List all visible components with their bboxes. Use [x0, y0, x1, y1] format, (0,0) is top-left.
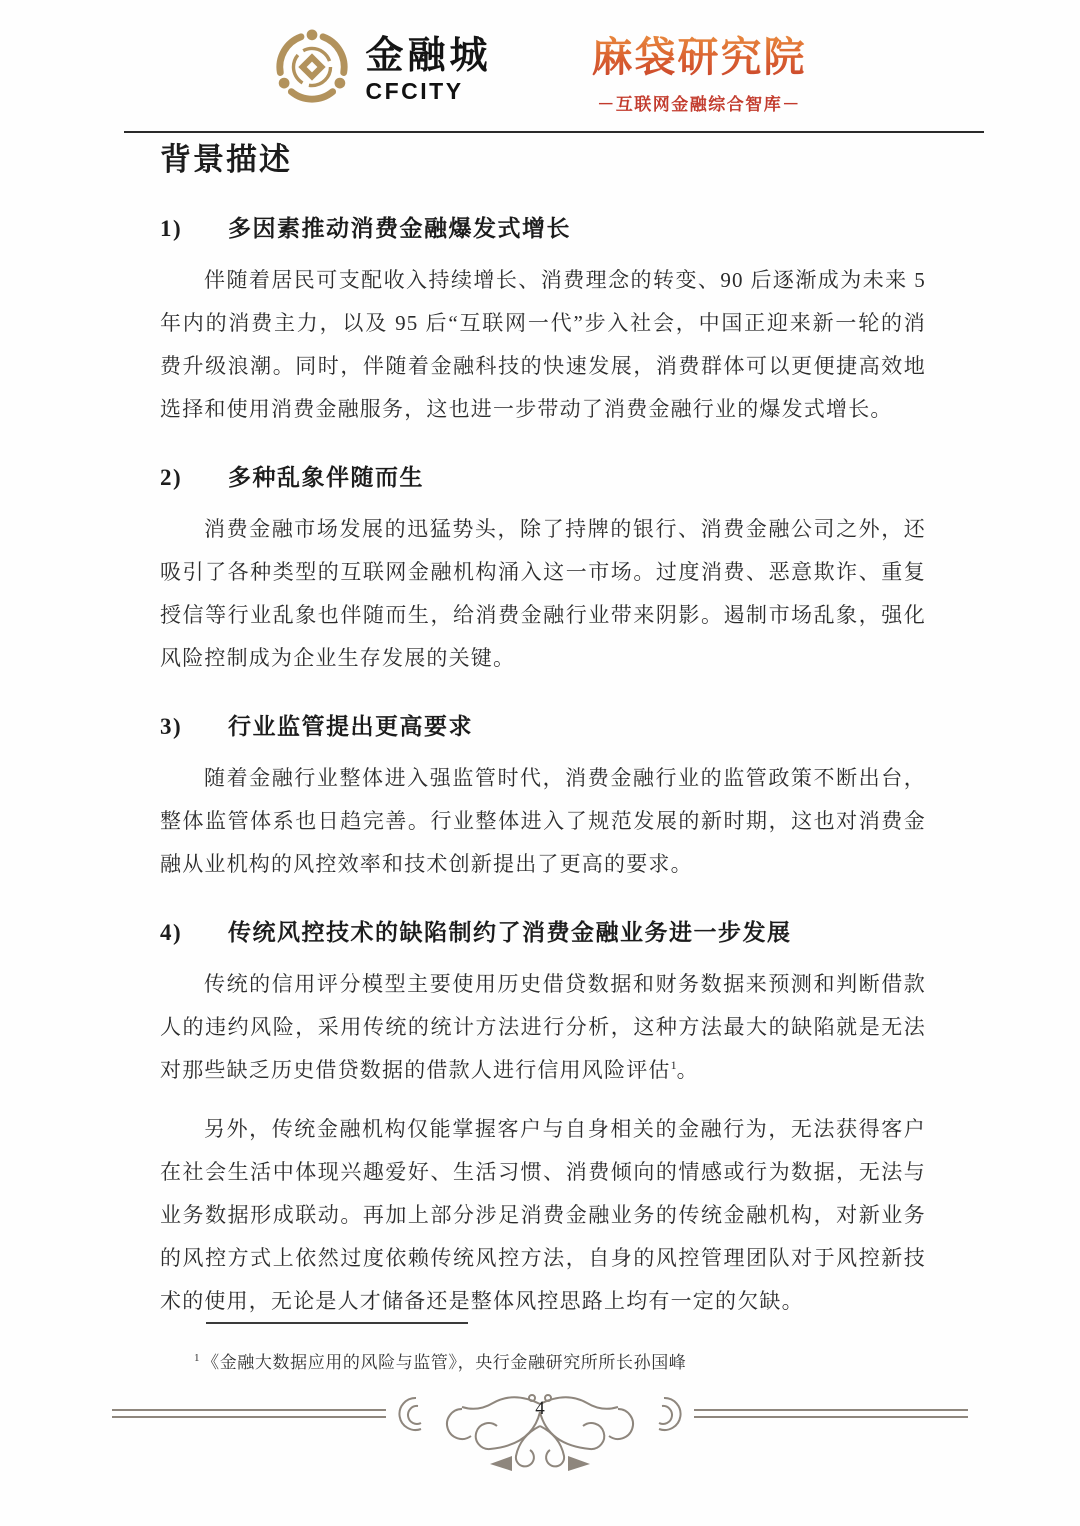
header-divider [124, 131, 984, 133]
gold-emblem-icon [273, 28, 351, 111]
footnote-block: 1《金融大数据应用的风险与监管》，央行金融研究所所长孙国峰 [160, 1322, 926, 1373]
page-title: 背景描述 [160, 138, 926, 182]
section-heading: 2)多种乱象伴随而生 [160, 459, 926, 492]
section-number: 3) [160, 714, 228, 740]
document-page: 金融城 CFCITY 麻袋研究院 －互联网金融综合智库－ 背景描述 1)多因素推… [0, 0, 1080, 1526]
section-number: 2) [160, 465, 228, 491]
section-title: 传统风控技术的缺陷制约了消费金融业务进一步发展 [228, 914, 792, 947]
section-number: 1) [160, 216, 228, 242]
footnote-reference: 1 [671, 1058, 677, 1072]
page-header: 金融城 CFCITY 麻袋研究院 －互联网金融综合智库－ [0, 24, 1080, 115]
madai-name: 麻袋研究院 [592, 24, 807, 83]
paragraph: 传统的信用评分模型主要使用历史借贷数据和财务数据来预测和判断借款人的违约风险，采… [160, 963, 926, 1092]
paragraph: 伴随着居民可支配收入持续增长、消费理念的转变、90 后逐渐成为未来 5 年内的消… [160, 259, 926, 431]
section-number: 4) [160, 920, 228, 946]
sections-container: 1)多因素推动消费金融爆发式增长伴随着居民可支配收入持续增长、消费理念的转变、9… [160, 210, 926, 1323]
footnote-content: 《金融大数据应用的风险与监管》，央行金融研究所所长孙国峰 [202, 1353, 686, 1372]
page-footer: 4 [110, 1392, 970, 1476]
cfcity-logo: 金融城 CFCITY [273, 28, 491, 111]
footnote-text: 1《金融大数据应用的风险与监管》，央行金融研究所所长孙国峰 [194, 1348, 926, 1373]
cfcity-logo-text: 金融城 CFCITY [365, 37, 491, 103]
cfcity-name-en: CFCITY [365, 80, 491, 103]
madai-logo: 麻袋研究院 －互联网金融综合智库－ [592, 24, 807, 115]
section-heading: 1)多因素推动消费金融爆发式增长 [160, 210, 926, 243]
paragraph: 随着金融行业整体进入强监管时代，消费金融行业的监管政策不断出台，整体监管体系也日… [160, 757, 926, 886]
section-heading: 3)行业监管提出更高要求 [160, 708, 926, 741]
footnote-marker: 1 [194, 1352, 200, 1364]
paragraph: 另外，传统金融机构仅能掌握客户与自身相关的金融行为，无法获得客户在社会生活中体现… [160, 1108, 926, 1323]
footnote-divider [206, 1322, 468, 1324]
section-title: 行业监管提出更高要求 [228, 708, 473, 741]
section-title: 多种乱象伴随而生 [228, 459, 424, 492]
section-title: 多因素推动消费金融爆发式增长 [228, 210, 571, 243]
cfcity-name-cn: 金融城 [365, 37, 491, 75]
madai-tagline: －互联网金融综合智库－ [592, 90, 807, 115]
document-content: 背景描述 1)多因素推动消费金融爆发式增长伴随着居民可支配收入持续增长、消费理念… [160, 138, 926, 1339]
section-heading: 4)传统风控技术的缺陷制约了消费金融业务进一步发展 [160, 914, 926, 947]
paragraph: 消费金融市场发展的迅猛势头，除了持牌的银行、消费金融公司之外，还吸引了各种类型的… [160, 508, 926, 680]
page-number: 4 [110, 1398, 970, 1420]
